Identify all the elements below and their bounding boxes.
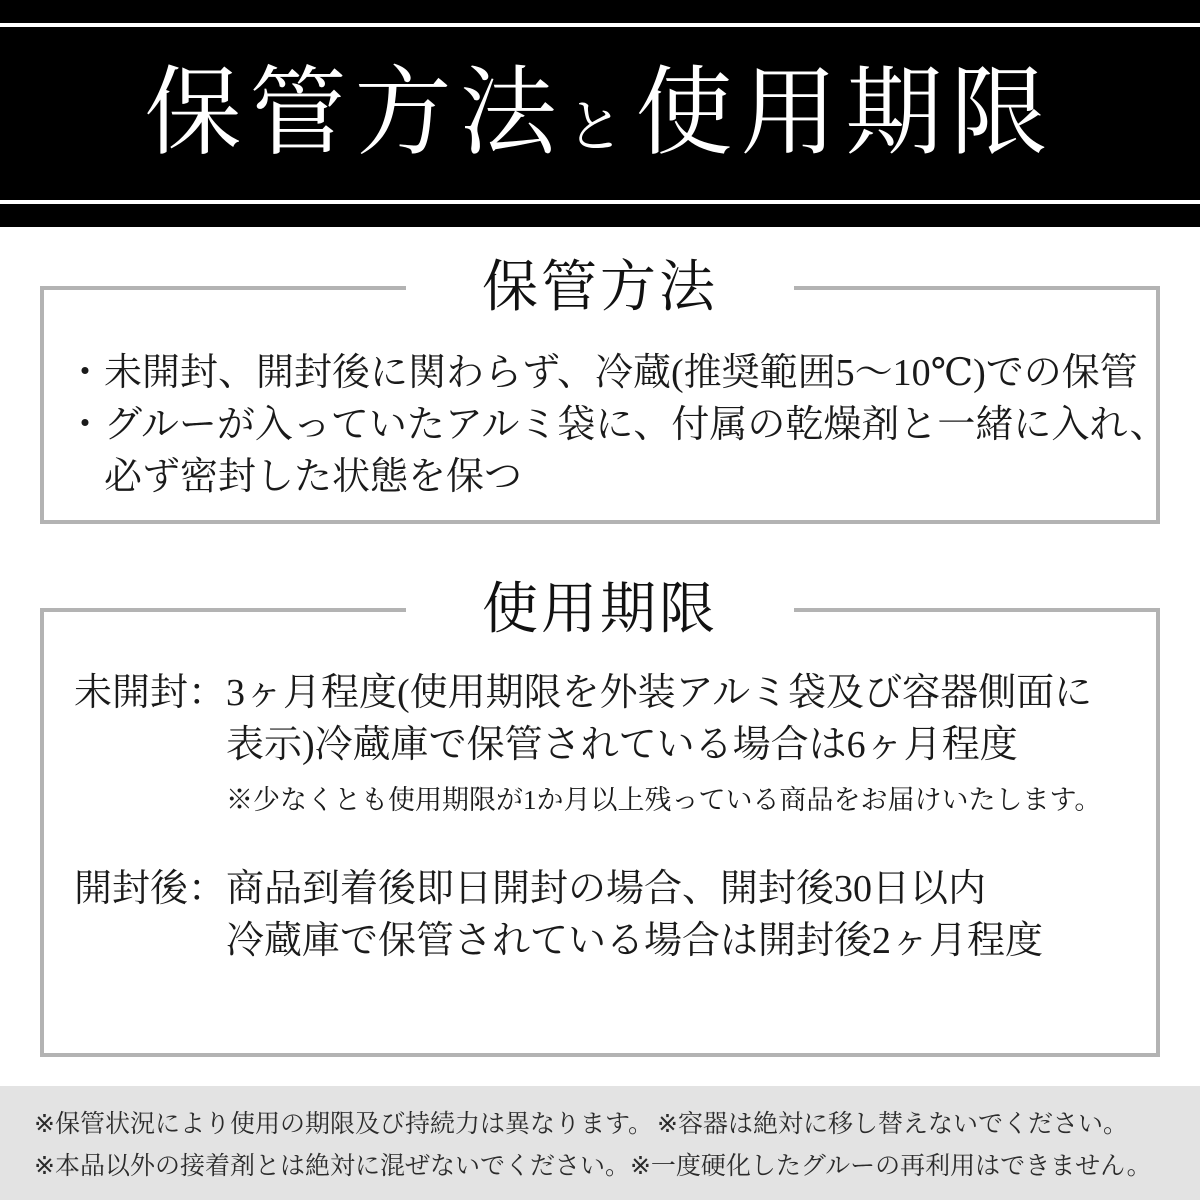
title-connector: と (567, 99, 624, 156)
page-title: 保管方法 と 使用期限 (145, 65, 1056, 162)
entry-line: 冷蔵庫で保管されている場合は開封後2ヶ月程度 (226, 915, 1043, 967)
entry-line: 商品到着後即日開封の場合、開封後30日以内 (226, 863, 1043, 915)
footer-notes: ※保管状況により使用の期限及び持続力は異なります。 ※容器は絶対に移し替えないで… (0, 1086, 1200, 1200)
footer-row: ※本品以外の接着剤とは絶対に混ぜないでください。 ※一度硬化したグルーの再利用は… (34, 1149, 1128, 1183)
footer-row: ※保管状況により使用の期限及び持続力は異なります。 ※容器は絶対に移し替えないで… (34, 1107, 1128, 1141)
usage-heading: 使用期限 (406, 578, 794, 642)
storage-heading: 保管方法 (406, 256, 794, 320)
footer-note: ※本品以外の接着剤とは絶対に混ぜないでください。 (34, 1149, 630, 1183)
entry-label: 開封後 (74, 863, 188, 967)
usage-section: 使用期限 未開封 ： 3ヶ月程度(使用期限を外装アルミ袋及び容器側面に 表示)冷… (40, 608, 1160, 1057)
storage-bullet-item: ・ 未開封、開封後に関わらず、冷蔵(推奨範囲5〜10℃)での保管 (66, 347, 1146, 399)
title-storage-text: 保管方法 (145, 65, 565, 162)
storage-bullet-item: ・ グルーが入っていたアルミ袋に、付属の乾燥剤と一緒に入れ、 必ず密封した状態を… (66, 399, 1146, 503)
entry-body: 3ヶ月程度(使用期限を外装アルミ袋及び容器側面に 表示)冷蔵庫で保管されている場… (226, 667, 1101, 817)
usage-entry-opened: 開封後 ： 商品到着後即日開封の場合、開封後30日以内 冷蔵庫で保管されている場… (74, 863, 1146, 967)
entry-line: 3ヶ月程度(使用期限を外装アルミ袋及び容器側面に (226, 667, 1101, 719)
storage-bullet-line: グルーが入っていたアルミ袋に、付属の乾燥剤と一緒に入れ、 (104, 399, 1168, 451)
footer-note: ※一度硬化したグルーの再利用はできません。 (630, 1149, 1152, 1183)
entry-label: 未開封 (74, 667, 188, 817)
entry-colon: ： (188, 667, 226, 817)
delivery-note: ※少なくとも使用期限が1か月以上残っている商品をお届けいたします。 (226, 783, 1101, 817)
header-banner: 保管方法 と 使用期限 (0, 0, 1200, 227)
footer-note: ※保管状況により使用の期限及び持続力は異なります。 (34, 1107, 653, 1141)
entry-line: 表示)冷蔵庫で保管されている場合は6ヶ月程度 (226, 719, 1101, 771)
storage-bullet-line: 必ず密封した状態を保つ (104, 451, 1168, 503)
page-title-wrap: 保管方法 と 使用期限 (0, 0, 1200, 227)
bullet-marker: ・ (66, 347, 104, 399)
storage-bullet-text: グルーが入っていたアルミ袋に、付属の乾燥剤と一緒に入れ、 必ず密封した状態を保つ (104, 399, 1168, 503)
usage-entry-list: 未開封 ： 3ヶ月程度(使用期限を外装アルミ袋及び容器側面に 表示)冷蔵庫で保管… (44, 667, 1156, 967)
bullet-marker: ・ (66, 399, 104, 451)
storage-bullet-text: 未開封、開封後に関わらず、冷蔵(推奨範囲5〜10℃)での保管 (104, 347, 1138, 399)
usage-entry-unopened: 未開封 ： 3ヶ月程度(使用期限を外装アルミ袋及び容器側面に 表示)冷蔵庫で保管… (74, 667, 1146, 817)
storage-section: 保管方法 ・ 未開封、開封後に関わらず、冷蔵(推奨範囲5〜10℃)での保管 ・ … (40, 286, 1160, 524)
title-usage-text: 使用期限 (636, 65, 1056, 162)
entry-body: 商品到着後即日開封の場合、開封後30日以内 冷蔵庫で保管されている場合は開封後2… (226, 863, 1043, 967)
footer-note: ※容器は絶対に移し替えないでください。 (657, 1107, 1128, 1141)
entry-colon: ： (188, 863, 226, 967)
storage-bullet-list: ・ 未開封、開封後に関わらず、冷蔵(推奨範囲5〜10℃)での保管 ・ グルーが入… (44, 347, 1156, 503)
